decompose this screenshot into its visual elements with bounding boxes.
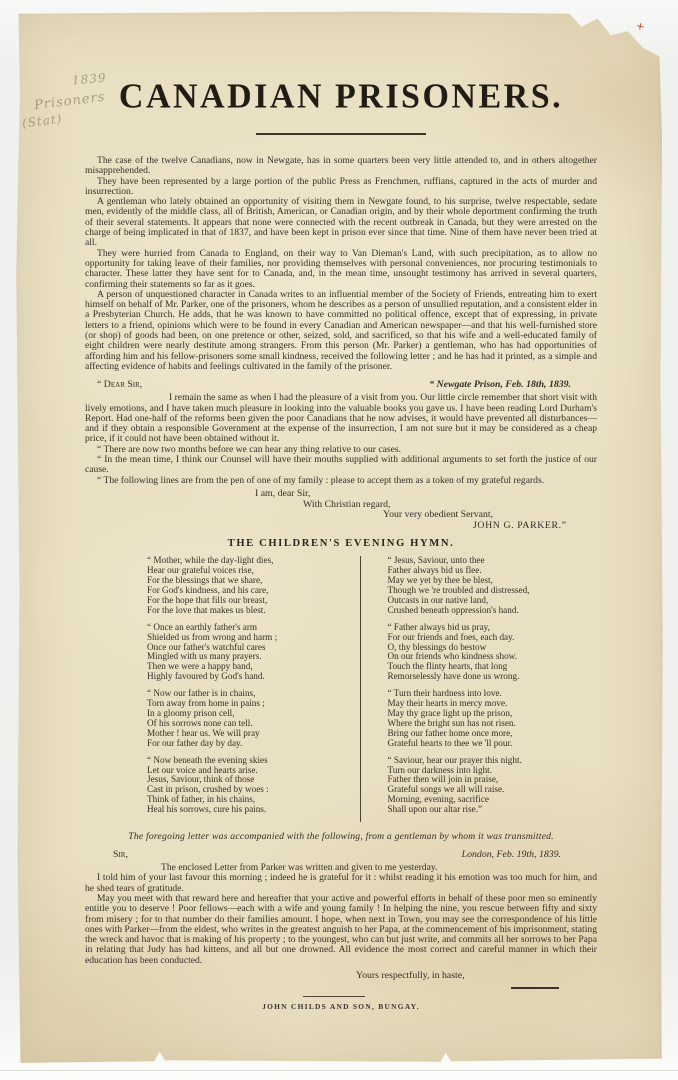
- letter-paragraph: I told him of your last favour this morn…: [85, 873, 597, 894]
- hymn-stanza: “ Now our father is in chains,Torn away …: [147, 689, 346, 748]
- hymn-title: THE CHILDREN'S EVENING HYMN.: [85, 538, 597, 549]
- title-divider-rule: [256, 133, 426, 135]
- letter-paragraph: “ The following lines are from the pen o…: [85, 476, 597, 486]
- hymn-line: Crushed beneath oppression's hand.: [387, 606, 597, 616]
- closing-line: I am, dear Sir,: [255, 489, 597, 500]
- hymn-stanza: “ Mother, while the day-light dies,Hear …: [147, 556, 346, 615]
- hymn-stanza: “ Saviour, hear our prayer this night.Tu…: [387, 756, 597, 815]
- hymn-line: Grateful hearts to thee we 'll pour.: [387, 739, 597, 749]
- collector-cross-mark: +: [635, 19, 646, 36]
- hymn-column-left: “ Mother, while the day-light dies,Hear …: [85, 556, 361, 822]
- letter-salutation: “ Dear Sir,: [85, 379, 142, 390]
- intro-paragraph: A gentleman who lately obtained an oppor…: [85, 197, 597, 248]
- letter-paragraph: I remain the same as when I had the plea…: [85, 393, 597, 444]
- printer-rule: [303, 996, 365, 997]
- printed-content: CANADIAN PRISONERS. The case of the twel…: [85, 78, 597, 1011]
- page-title: CANADIAN PRISONERS.: [85, 77, 597, 117]
- printer-imprint: JOHN CHILDS AND SON, BUNGAY.: [85, 1002, 597, 1011]
- intro-paragraph: They were hurried from Canada to England…: [85, 249, 597, 290]
- document-page: 1839 Prisoners (Stat) CANADIAN PRISONERS…: [14, 10, 664, 1066]
- hymn-stanza: “ Jesus, Saviour, unto theeFather always…: [387, 556, 597, 615]
- letter-paragraph: May you meet with that reward here and h…: [85, 894, 597, 966]
- closing-signature: JOHN G. PARKER.”: [473, 521, 597, 532]
- hymn-stanza: “ Now beneath the evening skiesLet our v…: [147, 756, 346, 815]
- hymn-column-right: “ Jesus, Saviour, unto theeFather always…: [361, 556, 597, 822]
- letter-heading-row: Sir, London, Feb. 19th, 1839.: [85, 849, 597, 860]
- hymn-stanza: “ Turn their hardness into love.May thei…: [387, 689, 597, 748]
- intro-section: The case of the twelve Canadians, now in…: [85, 156, 597, 372]
- transition-note: The foregoing letter was accompanied wit…: [85, 831, 597, 842]
- hymn-line: For our father day by day.: [147, 739, 346, 749]
- letter-heading-row: “ Dear Sir, “ Newgate Prison, Feb. 18th,…: [85, 379, 597, 390]
- hymn-line: For the love that makes us blest.: [147, 606, 346, 616]
- hymn-line: Heal his sorrows, cure his pains.: [147, 805, 346, 815]
- hymn-line: Remorselessly have done us wrong.: [387, 672, 597, 682]
- letter-dateline: “ Newgate Prison, Feb. 18th, 1839.: [429, 379, 597, 390]
- intro-paragraph: They have been represented by a large po…: [85, 177, 597, 198]
- hymn-line: Highly favoured by God's hand.: [147, 672, 346, 682]
- hymn-stanza: “ Father always bid us pray,For our frie…: [387, 623, 597, 682]
- signature-rule: [511, 987, 559, 989]
- hymn-line: “ Now beneath the evening skies: [147, 756, 346, 766]
- letter-closing: Yours respectfully, in haste,: [356, 970, 597, 981]
- intro-paragraph: The case of the twelve Canadians, now in…: [85, 156, 597, 177]
- letter-salutation: Sir,: [85, 849, 128, 860]
- letter-paragraph: “ In the mean time, I think our Counsel …: [85, 455, 597, 476]
- scanner-bed-edge: [0, 1070, 678, 1071]
- letter-transmittal: Sir, London, Feb. 19th, 1839. The enclos…: [85, 849, 597, 989]
- letter-parker: “ Dear Sir, “ Newgate Prison, Feb. 18th,…: [85, 379, 597, 531]
- letter-closing-block: I am, dear Sir, With Christian regard, Y…: [85, 489, 597, 531]
- pencil-annotation-note: (Stat): [21, 112, 63, 131]
- hymn-line: “ Saviour, hear our prayer this night.: [387, 756, 597, 766]
- hymn-line: Shall upon our altar rise.”: [387, 805, 597, 815]
- scan-background: + 1839 Prisoners (Stat) CANADIAN PRISONE…: [0, 0, 678, 1080]
- intro-paragraph: A person of unquestioned character in Ca…: [85, 290, 597, 372]
- hymn-columns: “ Mother, while the day-light dies,Hear …: [85, 556, 597, 822]
- letter-dateline: London, Feb. 19th, 1839.: [462, 849, 597, 860]
- hymn-stanza: “ Once an earthly father's armShielded u…: [147, 623, 346, 682]
- hymn-section: THE CHILDREN'S EVENING HYMN. “ Mother, w…: [85, 538, 597, 822]
